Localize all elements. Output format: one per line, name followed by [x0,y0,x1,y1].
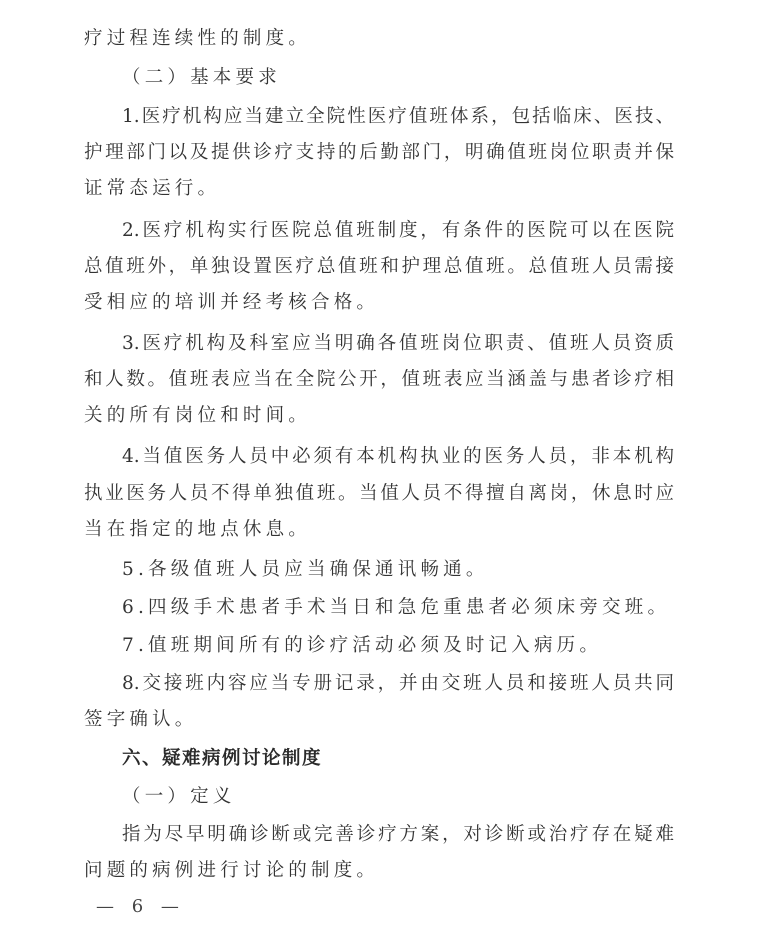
text-line: 和人数。值班表应当在全院公开，值班表应当涵盖与患者诊疗相 [84,369,674,391]
text-line: 护理部门以及提供诊疗支持的后勤部门，明确值班岗位职责并保 [84,142,674,164]
text-line: 2.医疗机构实行医院总值班制度，有条件的医院可以在医院 [122,220,674,242]
text-line: 疗过程连续性的制度。 [84,28,674,50]
text-line: 总值班外，单独设置医疗总值班和护理总值班。总值班人员需接 [84,256,674,278]
text-line: 签字确认。 [84,709,674,731]
text-line: 问题的病例进行讨论的制度。 [84,860,674,882]
text-line: 6.四级手术患者手术当日和急危重患者必须床旁交班。 [122,597,674,619]
text-line: 5.各级值班人员应当确保通讯畅通。 [122,559,674,581]
text-line: 指为尽早明确诊断或完善诊疗方案，对诊断或治疗存在疑难 [122,824,674,846]
text-line: （一）定义 [122,786,674,808]
text-line: 3.医疗机构及科室应当明确各值班岗位职责、值班人员资质 [122,333,674,355]
text-line: 8.交接班内容应当专册记录，并由交班人员和接班人员共同 [122,673,674,695]
text-line: 4.当值医务人员中必须有本机构执业的医务人员，非本机构 [122,446,674,468]
text-line: 关的所有岗位和时间。 [84,405,674,427]
text-line: 执业医务人员不得单独值班。当值人员不得擅自离岗，休息时应 [84,483,674,505]
text-line: 受相应的培训并经考核合格。 [84,292,674,314]
text-line: 7.值班期间所有的诊疗活动必须及时记入病历。 [122,635,674,657]
text-line: （二）基本要求 [122,67,674,89]
text-line: 当在指定的地点休息。 [84,519,674,541]
document-page: 疗过程连续性的制度。（二）基本要求1.医疗机构应当建立全院性医疗值班体系，包括临… [0,0,759,927]
page-number: — 6 — [96,896,185,917]
text-line: 1.医疗机构应当建立全院性医疗值班体系，包括临床、医技、 [122,106,674,128]
section-heading: 六、疑难病例讨论制度 [122,748,674,770]
text-line: 证常态运行。 [84,178,674,200]
